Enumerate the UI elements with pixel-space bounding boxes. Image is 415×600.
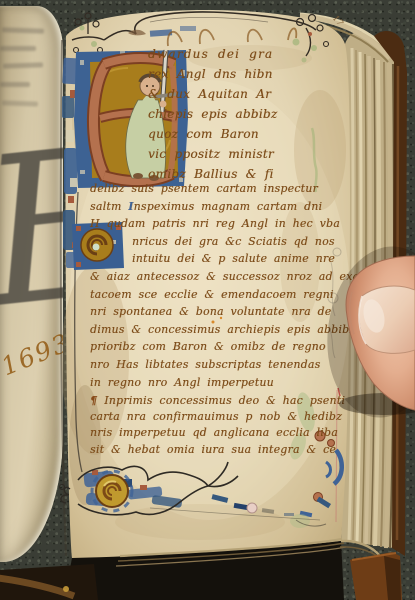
manuscript-photo-scene: B 1693	[0, 0, 415, 600]
thumb-overlay	[0, 0, 415, 600]
